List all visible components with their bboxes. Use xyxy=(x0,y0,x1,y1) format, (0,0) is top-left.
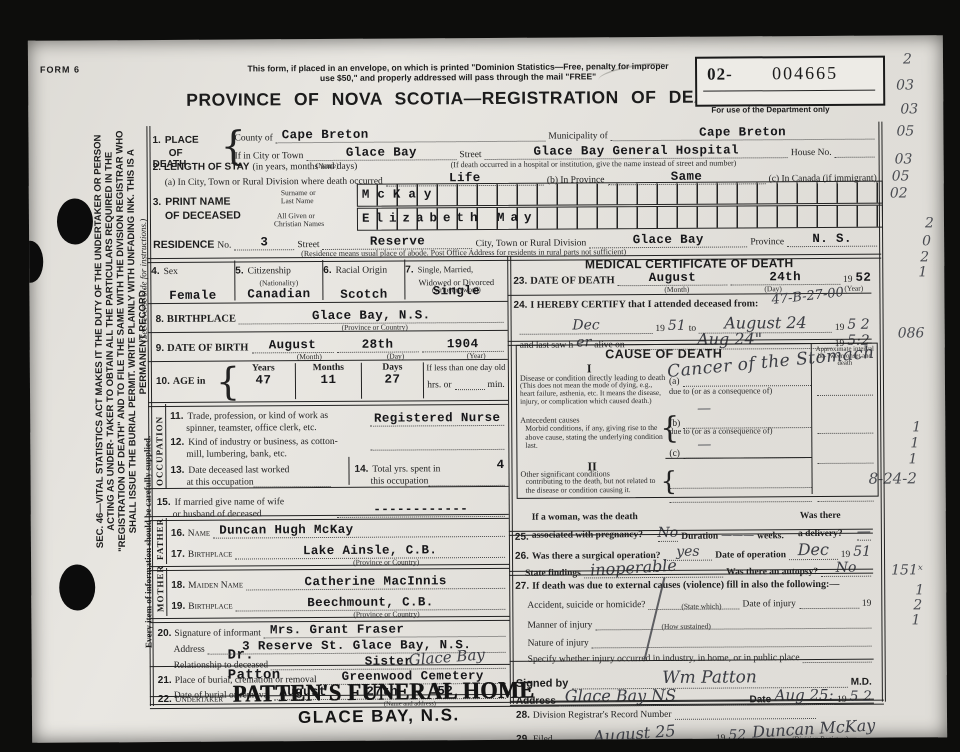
total-years-value: 4 xyxy=(497,458,505,472)
years-value: 47 xyxy=(255,373,271,387)
municipality-value: Cape Breton xyxy=(699,125,786,140)
age-months-cell: Months 11 xyxy=(296,363,362,399)
field-number: 13. xyxy=(170,465,184,476)
divider xyxy=(665,457,811,459)
field-number: 12. xyxy=(170,437,184,448)
birthplace-line: 8. BIRTHPLACE Glace Bay, N.S. xyxy=(156,308,504,325)
less-than-day-label: If less than one day old xyxy=(426,362,505,372)
divider xyxy=(166,568,167,616)
personal-row: 4. Sex Female 5. Citizenship (Nationalit… xyxy=(151,259,507,301)
punch-hole xyxy=(28,241,43,283)
stay-city-label: (a) In City, Town or Rural Division wher… xyxy=(165,177,383,188)
margin-code: 05 xyxy=(892,168,910,184)
findings-value: inoperable xyxy=(589,556,677,580)
length-of-stay-sub: (in years, months and days) xyxy=(253,162,358,173)
year-prefix: 19 xyxy=(862,599,872,609)
residence-province-label: Province xyxy=(750,237,784,247)
days-value: 27 xyxy=(384,373,400,387)
dob-line: 9. DATE OF BIRTH August 28th 1904 xyxy=(156,337,504,354)
medical-certificate: MEDICAL CERTIFICATE OF DEATH 23. DATE OF… xyxy=(509,253,882,704)
field-number: 2. xyxy=(153,162,161,173)
dod-month: August xyxy=(649,271,697,285)
age-days-cell: Days 27 xyxy=(362,362,424,398)
house-no-label: House No. xyxy=(791,148,832,158)
sex-label: Sex xyxy=(164,267,178,277)
mother-birthplace-label: Birthplace xyxy=(188,602,232,612)
registrar-caption: (Division Registrar) xyxy=(792,735,848,743)
age-label-line: 10. AGE in xyxy=(156,376,205,387)
age-hours-cell: If less than one day old hrs. ormin. xyxy=(424,362,508,399)
registration-prefix: 02- xyxy=(707,64,733,84)
divider xyxy=(165,404,167,488)
margin-code: 1 xyxy=(908,451,917,467)
nature-label: Nature of injury xyxy=(528,638,589,648)
dod-year-caption: (Year) xyxy=(844,284,863,293)
field-number: 27. xyxy=(515,581,529,592)
interval-line xyxy=(817,422,873,434)
surname-value: McKay xyxy=(362,187,440,201)
cause-of-death-box: CAUSE OF DEATH Approximate interval be- … xyxy=(516,343,879,499)
field-number: 11. xyxy=(170,411,183,422)
citizenship-cell: 5. Citizenship (Nationality) Canadian xyxy=(235,260,323,301)
field-number: 7. xyxy=(405,264,413,275)
margin-code: 2 xyxy=(920,249,929,265)
manner-label: Manner of injury xyxy=(527,620,592,630)
father-side-label: FATHER xyxy=(155,518,165,560)
field-number: 10. xyxy=(156,376,170,387)
how-sustained-caption: (How sustained) xyxy=(661,622,710,631)
industry-value-line xyxy=(370,438,504,451)
interval-line xyxy=(817,384,873,396)
date-of-death-line: 23. DATE OF DEATH August 24th 1952 xyxy=(513,270,871,287)
residence-label: RESIDENCE xyxy=(153,239,214,251)
filed-date: August 25 xyxy=(592,721,676,743)
county-value: Cape Breton xyxy=(282,128,369,143)
surname-comb-field: McKay xyxy=(357,181,883,207)
informant-label: Signature of informant xyxy=(174,628,261,639)
delivery-label1: Was there xyxy=(800,511,841,521)
nature-line: Nature of injury xyxy=(528,635,872,649)
specify-line: Specify whether injury occurred in indus… xyxy=(528,651,872,665)
year-prefix: 19 xyxy=(716,734,726,743)
hrs-label: hrs. or xyxy=(427,380,451,390)
filed-year: 52 xyxy=(728,727,746,742)
margin-code: 03 xyxy=(900,101,918,117)
trade-value: Registered Nurse xyxy=(374,411,501,426)
dod-year: 52 xyxy=(855,271,871,285)
label-text: mill, lumbering, bank, etc. xyxy=(186,449,370,460)
residence-street-value: Reserve xyxy=(370,234,425,248)
min-label: min. xyxy=(488,380,505,390)
label-text: Date deceased last worked xyxy=(188,465,289,476)
other-conditions-note: contributing to the death, but not relat… xyxy=(526,477,666,495)
external-intro-line: 27. If death was due to external causes … xyxy=(515,579,839,592)
mother-side-label: MOTHER xyxy=(155,565,165,612)
margin-code: 151ˣ xyxy=(891,562,923,578)
label-text: OF DECEASED xyxy=(165,210,241,222)
scanned-death-registration: FORM 6 This form, if placed in an envelo… xyxy=(0,0,960,752)
informant-sig-line: 20. Signature of informant Mrs. Grant Fr… xyxy=(157,622,505,639)
undertaker-label: Undertaker xyxy=(175,695,223,705)
given-names-comb-field: Elizabeth May xyxy=(357,205,883,231)
margin-code: 0 xyxy=(922,233,931,249)
divider xyxy=(348,457,349,485)
dept-use-note: For use of the Department only xyxy=(711,105,829,115)
margin-code: 02 xyxy=(890,185,908,201)
mother-name-label: Maiden Name xyxy=(188,580,243,590)
label-text: If married give name of wife xyxy=(175,497,285,508)
residence-no-value: 3 xyxy=(260,235,268,249)
registration-number-box: 02- 004665 xyxy=(695,56,885,107)
father-birthplace-line: 17. Birthplace Lake Ainsle, C.B. xyxy=(171,543,505,560)
informant-addr-label: Address xyxy=(174,645,205,655)
father-birthplace-label: Birthplace xyxy=(188,550,232,560)
field-number: 22. xyxy=(158,694,172,705)
trade-label: 11. Trade, profession, or kind of work a… xyxy=(170,405,370,434)
mother-name-value: Catherine MacInnis xyxy=(304,574,446,589)
dob-month: August xyxy=(269,338,317,352)
years-label: Years xyxy=(252,363,275,373)
father-name-label: Name xyxy=(188,529,210,539)
field-number: 16. xyxy=(171,528,185,539)
residence-province-value: N. S. xyxy=(812,232,852,246)
label-text: OF xyxy=(153,148,199,159)
punch-hole xyxy=(57,198,93,244)
pregnancy-label1: If a woman, was the death xyxy=(532,512,638,523)
county-label: County of xyxy=(234,133,272,143)
pen-stroke: — xyxy=(697,437,711,453)
margin-code: 2 xyxy=(903,51,912,67)
field-number: 28. xyxy=(516,710,530,721)
marital-label: Single, Married, xyxy=(418,264,474,274)
dod-day: 24th xyxy=(769,270,801,284)
margin-code: 1 xyxy=(911,612,920,628)
external-intro: If death was due to external causes (vio… xyxy=(532,579,839,592)
field-number: 3. xyxy=(153,197,161,208)
field-number: 9. xyxy=(156,343,164,354)
margin-code: 1 xyxy=(915,582,924,598)
sex-cell: 4. Sex Female xyxy=(151,261,235,302)
punch-hole xyxy=(59,564,95,610)
margin-code: 1 xyxy=(918,264,927,280)
age-row: Years 47 Months 11 Days 27 If less than … xyxy=(232,362,508,400)
label-text: at this occupation xyxy=(187,477,254,487)
age-label: AGE in xyxy=(173,376,206,387)
date-injury-label: Date of injury xyxy=(742,599,795,609)
label-text: PLACE xyxy=(165,135,199,146)
field-number: 4. xyxy=(151,266,159,277)
margin-code: 2 xyxy=(925,215,934,231)
margin-code: 1 xyxy=(912,419,921,435)
trade-value-line: Registered Nurse xyxy=(370,411,504,427)
informant-value: Mrs. Grant Fraser xyxy=(270,623,404,638)
divider xyxy=(703,90,875,92)
field-number: 21. xyxy=(158,675,172,686)
mother-name-line: 18. Maiden Name Catherine MacInnis xyxy=(171,574,505,591)
date-of-death-label: DATE OF DEATH xyxy=(530,275,614,287)
other-line2 xyxy=(670,490,812,503)
occupation-side-label: OCCUPATION xyxy=(154,416,164,486)
residence-division-value: Glace Bay xyxy=(633,233,704,247)
pregnancy-line: 25. If a woman, was the deathassociated … xyxy=(515,505,871,543)
marital-value: Single xyxy=(433,284,481,298)
field-number: 19. xyxy=(171,601,185,612)
page-title: PROVINCE OF NOVA SCOTIA—REGISTRATION OF … xyxy=(168,86,748,111)
birthplace-label: BIRTHPLACE xyxy=(167,314,236,325)
marital-cell: 7. Single, Married, Widowed or Divorced … xyxy=(405,259,507,300)
margin-code: 2 xyxy=(913,597,922,613)
surname-caption: Last Name xyxy=(281,196,314,205)
mother-birthplace-value: Beechmount, C.B. xyxy=(307,595,434,610)
pen-stroke: — xyxy=(697,401,711,417)
age-years-cell: Years 47 xyxy=(232,363,296,399)
due-to-label: due to (or as a consequence of) xyxy=(669,386,772,396)
margin-code: 05 xyxy=(896,123,914,139)
given-names-value: Elizabeth May xyxy=(362,211,538,226)
length-of-stay-label: LENGTH OF STAY xyxy=(164,161,250,173)
county-line: County of Cape Breton Municipality of Ca… xyxy=(234,125,874,144)
street-value: Glace Bay General Hospital xyxy=(533,143,739,158)
birthplace-value: Glace Bay, N.S. xyxy=(312,308,431,323)
form-number: FORM 6 xyxy=(40,64,80,74)
margin-code: 086 xyxy=(898,325,925,341)
city-label: If in City or Town xyxy=(235,151,304,161)
field-number: 6. xyxy=(323,265,331,276)
filed-line: 29. Filed August 25 1952 xyxy=(516,723,746,742)
racial-origin-label: Racial Origin xyxy=(336,266,388,276)
due-to-label: due to (or as a consequence of) xyxy=(669,426,772,436)
record-number-label: Division Registrar's Record Number xyxy=(533,710,672,721)
label-text: PRINT NAME xyxy=(165,196,230,208)
certify-line: 24. I HEREBY CERTIFY that I attended dec… xyxy=(513,298,758,310)
margin-code: 03 xyxy=(895,151,913,167)
field-number: 1. xyxy=(152,135,160,146)
industry-label: 12. Kind of industry or business, as cot… xyxy=(170,431,370,460)
label-text: Total yrs. spent in xyxy=(372,464,440,474)
given-caption: Christian Names xyxy=(274,219,324,228)
municipality-label: Municipality of xyxy=(548,131,607,141)
margin-code: 03 xyxy=(896,77,914,93)
state-which-caption: (State which) xyxy=(681,602,721,611)
residence-no-label: No. xyxy=(217,241,231,251)
divider xyxy=(166,518,167,564)
months-label: Months xyxy=(313,363,344,373)
label-text: Kind of industry or business, as cotton- xyxy=(188,437,338,448)
racial-origin-value: Scotch xyxy=(340,288,388,302)
document-paper: FORM 6 This form, if placed in an envelo… xyxy=(28,35,947,743)
registration-form: 1. PLACE OF DEATH { County of Cape Breto… xyxy=(150,122,882,706)
dob-year: 1904 xyxy=(447,337,479,351)
citizenship-label: Citizenship xyxy=(248,266,291,276)
father-name-value: Duncan Hugh McKay xyxy=(219,523,353,538)
father-name-line: 16. Name Duncan Hugh McKay xyxy=(171,522,505,539)
informant-rel-value: Sister xyxy=(365,654,413,668)
filed-label: Filed xyxy=(533,735,553,743)
field-number: 24. xyxy=(513,300,527,311)
field-number: 17. xyxy=(171,549,185,560)
field-number: 18. xyxy=(171,580,185,591)
field-number: 14. xyxy=(354,464,368,475)
registration-number: 004665 xyxy=(772,63,838,84)
field-number: 15. xyxy=(157,497,171,508)
print-name-label: 3. PRINT NAME OF DECEASED xyxy=(153,192,241,223)
field-number: 20. xyxy=(157,628,171,639)
total-years-label: 14. Total yrs. spent in 4 this occupatio… xyxy=(354,458,504,487)
racial-origin-cell: 6. Racial Origin Scotch xyxy=(323,260,405,301)
street-label: Street xyxy=(459,150,481,160)
accident-label: Accident, suicide or homicide? xyxy=(527,600,645,611)
divider xyxy=(149,564,509,571)
certify-label: I HEREBY CERTIFY that I attended decease… xyxy=(530,298,758,310)
field-number: 8. xyxy=(156,314,164,325)
interval-line xyxy=(818,490,874,502)
sex-value: Female xyxy=(169,289,217,303)
divider xyxy=(149,514,509,521)
city-stamp: GLACE BAY, N.S. xyxy=(298,705,460,728)
father-birthplace-value: Lake Ainsle, C.B. xyxy=(303,543,437,558)
last-worked-label: 13. Date deceased last worked at this oc… xyxy=(170,459,330,488)
dob-label: DATE OF BIRTH xyxy=(167,342,248,353)
label-text: this occupation xyxy=(371,476,429,486)
other-line xyxy=(670,476,812,489)
dob-day: 28th xyxy=(362,338,394,352)
antecedent-note: Morbid conditions, if any, giving rise t… xyxy=(525,424,665,451)
citizenship-value: Canadian xyxy=(247,287,310,301)
field-number: 23. xyxy=(513,276,527,287)
citizenship-sub: (Nationality) xyxy=(259,278,298,287)
dod-month-caption: (Month) xyxy=(664,285,689,294)
interval-line xyxy=(817,452,873,464)
divider xyxy=(148,330,508,333)
months-value: 11 xyxy=(320,373,336,387)
days-label: Days xyxy=(382,363,402,373)
city-value: Glace Bay xyxy=(346,145,417,159)
mother-birthplace-line: 19. Birthplace Beechmount, C.B. xyxy=(171,595,505,612)
field-number: 29. xyxy=(516,734,530,743)
label-text: Trade, profession, or kind of work as xyxy=(187,411,328,422)
margin-code: 1 xyxy=(910,435,919,451)
disease-note: (This does not mean the mode of dying, e… xyxy=(520,381,668,407)
field-number: 5. xyxy=(235,265,243,276)
